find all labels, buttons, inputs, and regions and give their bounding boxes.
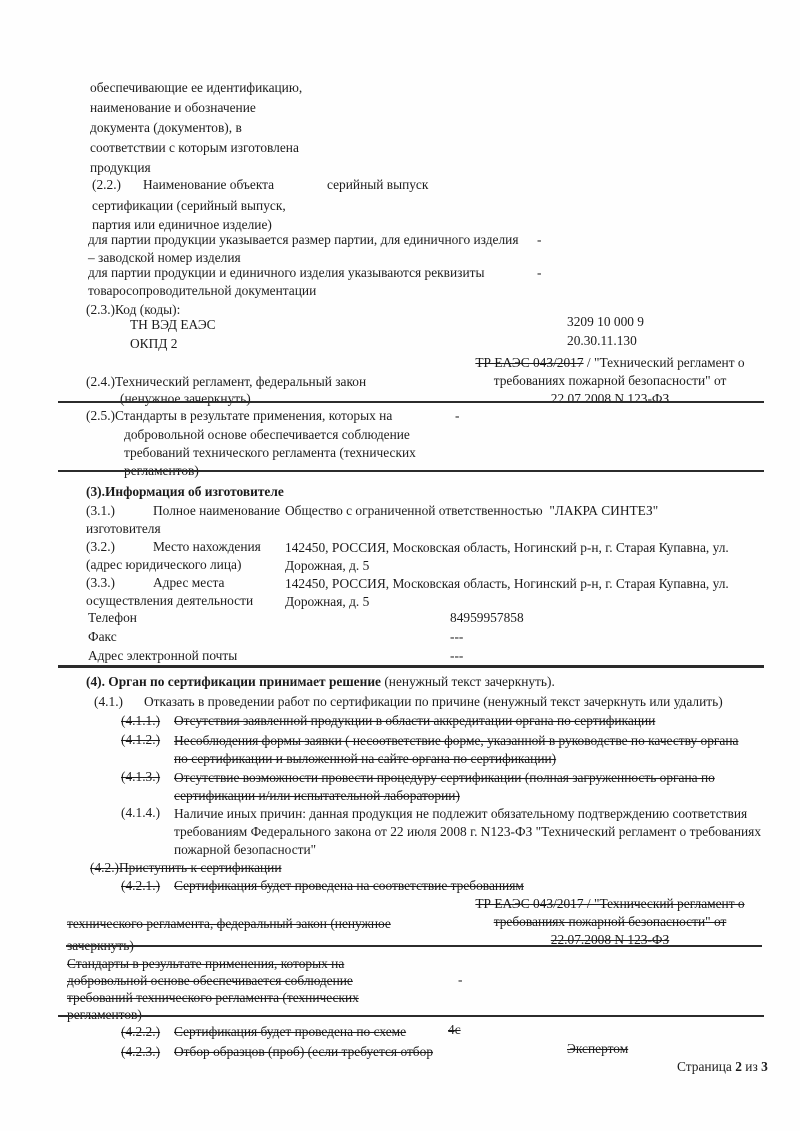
reason-line: Наличие иных причин: данная продукция не… bbox=[174, 805, 761, 823]
item-3-3-number: (3.3.) bbox=[86, 575, 153, 591]
note-party-size-line2: – заводской номер изделия bbox=[88, 250, 241, 266]
struck-line: требований технического регламента (техн… bbox=[67, 989, 359, 1006]
phone-value: 84959957858 bbox=[450, 610, 524, 626]
item-4-1-4-number: (4.1.4.) bbox=[121, 805, 160, 821]
item-4-1-2-text: Несоблюдения формы заявки ( несоответств… bbox=[174, 732, 738, 768]
email-label: Адрес электронной почты bbox=[88, 648, 237, 664]
section2-continuation-text: обеспечивающие ее идентификацию,наименов… bbox=[90, 78, 302, 178]
item-3-2-value: 142450, РОССИЯ, Московская область, Ноги… bbox=[285, 539, 729, 575]
item-4-2-3-value: Экспертом bbox=[567, 1041, 628, 1057]
item-4-1-3-number: (4.1.3.) bbox=[121, 769, 160, 785]
section3-heading: (3).Информация об изготовителе bbox=[86, 484, 284, 500]
code-okpd-name: ОКПД 2 bbox=[130, 336, 177, 352]
fax-label: Факс bbox=[88, 629, 117, 645]
item-4-1-number: (4.1.) bbox=[94, 694, 144, 710]
item-4-2-2-number: (4.2.2.) bbox=[121, 1024, 160, 1040]
address-line: 142450, РОССИЯ, Московская область, Ноги… bbox=[285, 539, 729, 557]
item-4-1-4-text: Наличие иных причин: данная продукция не… bbox=[174, 805, 761, 859]
item-3-2-number: (3.2.) bbox=[86, 539, 153, 555]
item-3-3-label: Адрес места bbox=[153, 575, 224, 590]
item-4-2-text: (4.2.)Приступить к сертификации bbox=[90, 860, 282, 876]
item-2-4-label-line2: (ненужное зачеркнуть) bbox=[120, 391, 251, 407]
continuation-line: документа (документов), в bbox=[90, 118, 302, 138]
footer-page-number: 2 bbox=[735, 1059, 742, 1074]
item-3-3-value: 142450, РОССИЯ, Московская область, Ноги… bbox=[285, 575, 729, 611]
item-4-2-2-text: Сертификация будет проведена по схеме bbox=[174, 1024, 406, 1040]
item-4-1-3-text: Отсутствие возможности провести процедур… bbox=[174, 769, 715, 805]
struck-line: Отсутствие возможности провести процедур… bbox=[174, 769, 715, 787]
item-2-2-label: Наименование объекта bbox=[143, 177, 274, 192]
item-3-2-label: Место нахождения bbox=[153, 539, 261, 554]
item-2-2-number: (2.2.) bbox=[92, 177, 143, 193]
item-4-2-1-number: (4.2.1.) bbox=[121, 878, 160, 894]
struck-line: сертификации и/или испытательной лаборат… bbox=[174, 787, 715, 805]
label-line: добровольной основе обеспечивается соблю… bbox=[124, 426, 416, 444]
item-2-4-value-struck: ТР ЕАЭС 043/2017 bbox=[475, 355, 583, 370]
item-2-4-value-block: ТР ЕАЭС 043/2017 / "Технический регламен… bbox=[452, 354, 768, 408]
item-3-1-label-line2: изготовителя bbox=[86, 521, 161, 537]
code-tnved-name: ТН ВЭД ЕАЭС bbox=[130, 317, 216, 333]
item-2-5-label-line1: (2.5.)Стандарты в результате применения,… bbox=[86, 408, 392, 424]
divider-rule-2 bbox=[58, 470, 764, 472]
address-line: 142450, РОССИЯ, Московская область, Ноги… bbox=[285, 575, 729, 593]
fax-value: --- bbox=[450, 629, 463, 645]
label-line: требований технического регламента (техн… bbox=[124, 444, 416, 462]
continuation-line: наименование и обозначение bbox=[90, 98, 302, 118]
continuation-line: соответствии с которым изготовлена bbox=[90, 138, 302, 158]
note-party-docs-line1: для партии продукции и единичного издели… bbox=[88, 265, 484, 281]
footer-word: Страница bbox=[677, 1059, 732, 1074]
struck-line: технического регламента, федеральный зак… bbox=[67, 913, 391, 935]
note-party-docs-line2: товаросопроводительной документации bbox=[88, 283, 316, 299]
item-4-1-1-text: Отсутствия заявленной продукции в област… bbox=[174, 713, 655, 729]
phone-label: Телефон bbox=[88, 610, 137, 626]
item-2-3-label: (2.3.)Код (коды): bbox=[86, 302, 180, 318]
continuation-line: обеспечивающие ее идентификацию, bbox=[90, 78, 302, 98]
standards-value: - bbox=[458, 972, 462, 988]
item-3-2-label-line2: (адрес юридического лица) bbox=[86, 557, 241, 573]
item-2-5-value: - bbox=[455, 408, 459, 424]
item-2-2-value: серийный выпуск bbox=[327, 177, 428, 193]
item-3-1-value: Общество с ограниченной ответственностью… bbox=[285, 503, 658, 519]
item-4-1-2-number: (4.1.2.) bbox=[121, 732, 160, 748]
item-4-2-1-regulation-block: ТР ЕАЭС 043/2017 / "Технический регламен… bbox=[452, 895, 768, 949]
item-2-2-row: (2.2.)Наименование объекта bbox=[92, 177, 274, 193]
divider-rule-4 bbox=[66, 945, 762, 947]
continuation-line: продукция bbox=[90, 158, 302, 178]
reason-line: требованиям Федерального закона от 22 ию… bbox=[174, 823, 761, 841]
note-party-docs-value: - bbox=[537, 265, 541, 281]
reason-line: пожарной безопасности" bbox=[174, 841, 761, 859]
item-3-1-label: Полное наименование bbox=[153, 503, 280, 518]
item-3-1-row: (3.1.)Полное наименование bbox=[86, 503, 280, 519]
struck-line: по сертификации и выложенной на сайте ор… bbox=[174, 750, 738, 768]
divider-rule-5 bbox=[58, 1015, 764, 1017]
struck-line: Несоблюдения формы заявки ( несоответств… bbox=[174, 732, 738, 750]
item-2-4-value-rest: / "Технический регламент о bbox=[584, 355, 745, 370]
item-4-2-3-text: Отбор образцов (проб) (если требуется от… bbox=[174, 1044, 433, 1060]
item-2-4-value-line2: требованиях пожарной безопасности" от bbox=[452, 372, 768, 390]
item-4-1-row: (4.1.)Отказать в проведении работ по сер… bbox=[94, 694, 723, 710]
item-3-1-number: (3.1.) bbox=[86, 503, 153, 519]
code-tnved-value: 3209 10 000 9 bbox=[567, 314, 644, 330]
page-footer: Страница 2 из 3 bbox=[677, 1059, 768, 1075]
item-4-1-text: Отказать в проведении работ по сертифика… bbox=[144, 694, 723, 709]
item-4-2-1-text: Сертификация будет проведена на соответс… bbox=[174, 878, 524, 894]
struck-regulation-line: ТР ЕАЭС 043/2017 / "Технический регламен… bbox=[452, 895, 768, 913]
item-4-2-1-left-continuation: технического регламента, федеральный зак… bbox=[67, 913, 391, 957]
item-2-2-label-continuation: сертификации (серийный выпуск,партия или… bbox=[92, 196, 286, 234]
struck-line: Стандарты в результате применения, котор… bbox=[67, 955, 359, 972]
item-2-4-label-line1: (2.4.)Технический регламент, федеральный… bbox=[86, 374, 366, 390]
section4-heading: (4). Орган по сертификации принимает реш… bbox=[86, 674, 555, 690]
item-4-2-2-value: 4с bbox=[448, 1022, 461, 1038]
struck-regulation-line: требованиях пожарной безопасности" от bbox=[452, 913, 768, 931]
item-3-2-row: (3.2.)Место нахождения bbox=[86, 539, 261, 555]
scanned-certification-decision-page: обеспечивающие ее идентификацию,наименов… bbox=[0, 0, 800, 1131]
standards-struck-block: Стандарты в результате применения, котор… bbox=[67, 955, 359, 1023]
divider-rule-1 bbox=[58, 401, 764, 403]
footer-of-word: из bbox=[745, 1059, 757, 1074]
section4-heading-bold: (4). Орган по сертификации принимает реш… bbox=[86, 674, 381, 689]
label-line: сертификации (серийный выпуск, bbox=[92, 196, 286, 215]
item-4-2-3-number: (4.2.3.) bbox=[121, 1044, 160, 1060]
divider-rule-3 bbox=[58, 665, 764, 668]
item-4-1-1-number: (4.1.1.) bbox=[121, 713, 160, 729]
item-2-4-value-line1: ТР ЕАЭС 043/2017 / "Технический регламен… bbox=[452, 354, 768, 372]
code-okpd-value: 20.30.11.130 bbox=[567, 333, 637, 349]
address-line: Дорожная, д. 5 bbox=[285, 557, 729, 575]
item-3-3-label-line2: осуществления деятельности bbox=[86, 593, 253, 609]
note-party-size-line1: для партии продукции указывается размер … bbox=[88, 232, 518, 248]
address-line: Дорожная, д. 5 bbox=[285, 593, 729, 611]
footer-total-pages: 3 bbox=[761, 1059, 768, 1074]
email-value: --- bbox=[450, 648, 463, 664]
section4-heading-rest: (ненужный текст зачеркнуть). bbox=[381, 674, 555, 689]
struck-line: добровольной основе обеспечивается соблю… bbox=[67, 972, 359, 989]
item-3-3-row: (3.3.)Адрес места bbox=[86, 575, 224, 591]
item-2-4-value-line3: 22.07.2008 N 123-ФЗ bbox=[452, 390, 768, 408]
note-party-size-value: - bbox=[537, 232, 541, 248]
